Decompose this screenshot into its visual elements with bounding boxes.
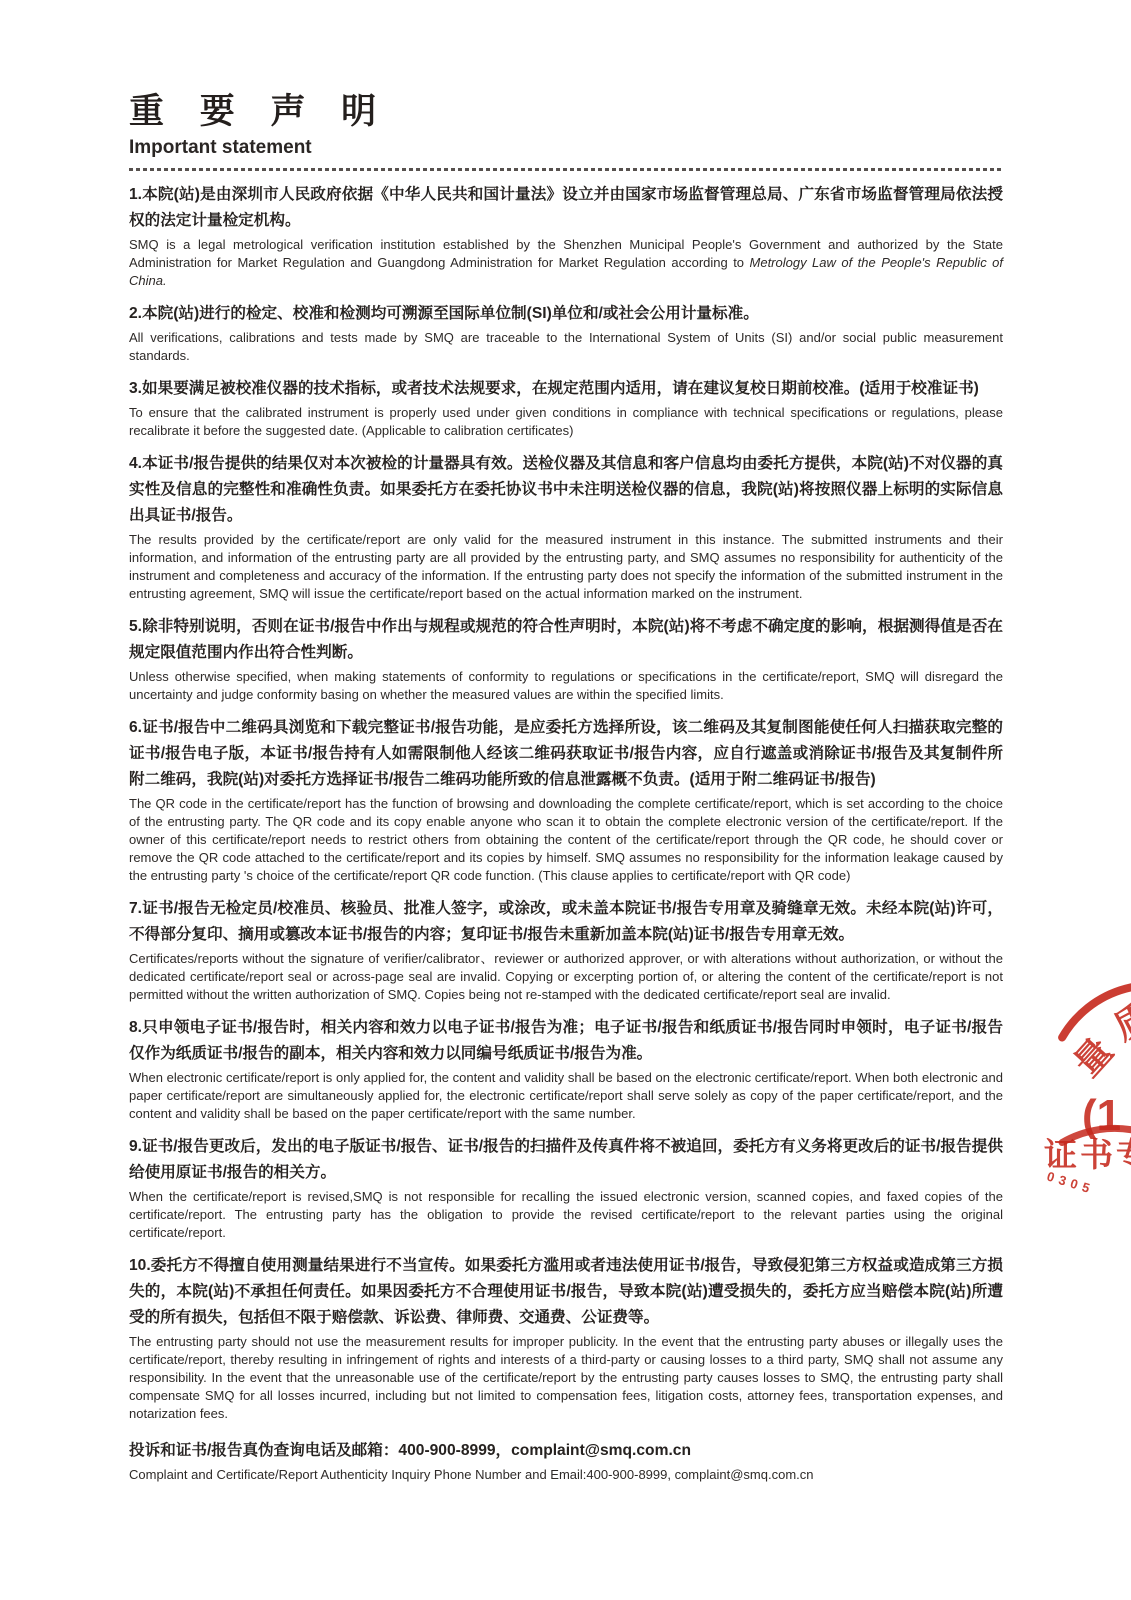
statement-item-1: 1.本院(站)是由深圳市人民政府依据《中华人民共和国计量法》设立并由国家市场监督…	[129, 182, 1003, 290]
statement-item-9: 9.证书/报告更改后，发出的电子版证书/报告、证书/报告的扫描件及传真件将不被追…	[129, 1134, 1003, 1242]
statement-2-en: All verifications, calibrations and test…	[129, 329, 1003, 365]
statement-5-cn: 5.除非特别说明，否则在证书/报告中作出与规程或规范的符合性声明时，本院(站)将…	[129, 614, 1003, 666]
statement-item-8: 8.只申领电子证书/报告时，相关内容和效力以电子证书/报告为准；电子证书/报告和…	[129, 1015, 1003, 1123]
statement-10-cn: 10.委托方不得擅自使用测量结果进行不当宣传。如果委托方滥用或者违法使用证书/报…	[129, 1253, 1003, 1331]
divider-dashed	[129, 168, 1003, 171]
statement-10-en: The entrusting party should not use the …	[129, 1333, 1003, 1423]
statement-item-10: 10.委托方不得擅自使用测量结果进行不当宣传。如果委托方滥用或者违法使用证书/报…	[129, 1253, 1003, 1423]
statement-item-2: 2.本院(站)进行的检定、校准和检测均可溯源至国际单位制(SI)单位和/或社会公…	[129, 301, 1003, 365]
statement-7-en: Certificates/reports without the signatu…	[129, 950, 1003, 1004]
statement-item-6: 6.证书/报告中二维码具浏览和下载完整证书/报告功能，是应委托方选择所设，该二维…	[129, 715, 1003, 885]
statement-5-en: Unless otherwise specified, when making …	[129, 668, 1003, 704]
statement-item-3: 3.如果要满足被校准仪器的技术指标，或者技术法规要求，在规定范围内适用，请在建议…	[129, 376, 1003, 440]
statement-4-en: The results provided by the certificate/…	[129, 531, 1003, 603]
stamp-ring-char-1: 量	[1066, 1030, 1121, 1084]
stamp-seal-line: 证书专	[1044, 1136, 1131, 1173]
important-statement-page: 重 要 声 明 Important statement 1.本院(站)是由深圳市…	[129, 92, 1003, 1484]
statement-8-cn: 8.只申领电子证书/报告时，相关内容和效力以电子证书/报告为准；电子证书/报告和…	[129, 1015, 1003, 1067]
statement-8-en: When electronic certificate/report is on…	[129, 1069, 1003, 1123]
statement-9-en: When the certificate/report is revised,S…	[129, 1188, 1003, 1242]
statement-1-en: SMQ is a legal metrological verification…	[129, 236, 1003, 290]
page-subtitle: Important statement	[129, 137, 1003, 159]
statement-item-5: 5.除非特别说明，否则在证书/报告中作出与规程或规范的符合性声明时，本院(站)将…	[129, 614, 1003, 704]
statement-7-cn: 7.证书/报告无检定员/校准员、核验员、批准人签字，或涂改，或未盖本院证书/报告…	[129, 896, 1003, 948]
statement-4-cn: 4.本证书/报告提供的结果仅对本次被检的计量器具有效。送检仪器及其信息和客户信息…	[129, 451, 1003, 529]
statement-3-cn: 3.如果要满足被校准仪器的技术指标，或者技术法规要求，在规定范围内适用，请在建议…	[129, 376, 1003, 402]
stamp-ring-char-2: 质	[1107, 995, 1131, 1048]
complaint-contact-cn: 投诉和证书/报告真伪查询电话及邮箱：400-900-8999，complaint…	[129, 1439, 1003, 1463]
statement-item-7: 7.证书/报告无检定员/校准员、核验员、批准人签字，或涂改，或未盖本院证书/报告…	[129, 896, 1003, 1004]
statement-item-4: 4.本证书/报告提供的结果仅对本次被检的计量器具有效。送检仪器及其信息和客户信息…	[129, 451, 1003, 603]
stamp-center-text: (1	[1082, 1091, 1121, 1140]
statement-3-en: To ensure that the calibrated instrument…	[129, 404, 1003, 440]
complaint-contact-en: Complaint and Certificate/Report Authent…	[129, 1466, 1003, 1484]
red-seal-stamp: 量 质 (1 证书专 0305	[1038, 978, 1131, 1218]
complaint-contact-block: 投诉和证书/报告真伪查询电话及邮箱：400-900-8999，complaint…	[129, 1439, 1003, 1484]
statement-2-cn: 2.本院(站)进行的检定、校准和检测均可溯源至国际单位制(SI)单位和/或社会公…	[129, 301, 1003, 327]
statement-6-cn: 6.证书/报告中二维码具浏览和下载完整证书/报告功能，是应委托方选择所设，该二维…	[129, 715, 1003, 793]
page-title: 重 要 声 明	[129, 92, 1003, 132]
statement-6-en: The QR code in the certificate/report ha…	[129, 795, 1003, 885]
statement-9-cn: 9.证书/报告更改后，发出的电子版证书/报告、证书/报告的扫描件及传真件将不被追…	[129, 1134, 1003, 1186]
statement-1-cn: 1.本院(站)是由深圳市人民政府依据《中华人民共和国计量法》设立并由国家市场监督…	[129, 182, 1003, 234]
